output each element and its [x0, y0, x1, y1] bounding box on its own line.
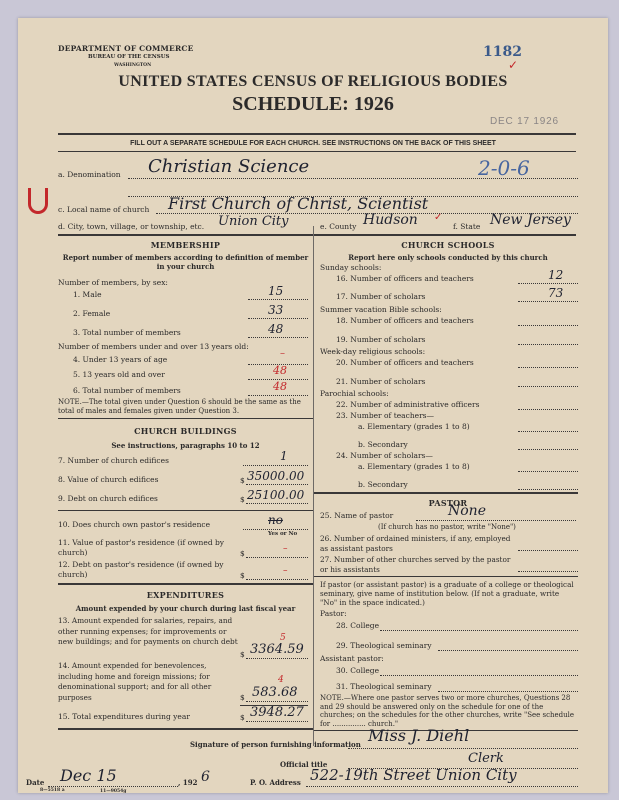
pastor-note: NOTE.—Where one pastor serves two or mor…: [320, 694, 578, 728]
divider: [58, 418, 313, 419]
admin-officers-label: 22. Number of administrative officers: [336, 400, 479, 409]
answer-line: [246, 701, 308, 702]
answer-line: [48, 786, 178, 787]
answer-line: [248, 395, 308, 396]
total-expenditures-field[interactable]: 3948.27: [250, 705, 304, 720]
pastor-subsection-label: Pastor:: [320, 609, 347, 618]
year-prefix: , 192: [178, 778, 198, 787]
denomination-code: 2-0-6: [478, 156, 530, 180]
scholars-elementary-label: a. Elementary (grades 1 to 8): [358, 462, 470, 471]
bureau-label: BUREAU OF THE CENSUS: [88, 54, 170, 60]
summer-schools-label: Summer vacation Bible schools:: [320, 305, 442, 314]
divider: [58, 728, 313, 730]
divider: [58, 133, 576, 135]
total-members-age-field[interactable]: 48: [273, 380, 287, 393]
state-field[interactable]: New Jersey: [490, 212, 571, 228]
sunday-teachers-label: 16. Number of officers and teachers: [336, 274, 474, 283]
sunday-teachers-field[interactable]: 12: [548, 268, 563, 282]
weekday-schools-label: Week-day religious schools:: [320, 347, 425, 356]
answer-line: [518, 550, 578, 551]
answer-line: [348, 748, 578, 749]
answer-line: [243, 529, 308, 530]
benevolences-label: 14. Amount expended for benevolences, in…: [58, 661, 238, 703]
schedule-title: SCHEDULE: 1926: [18, 93, 608, 116]
divider: [58, 234, 576, 236]
red-u-mark-icon: [28, 188, 48, 214]
denomination-field[interactable]: Christian Science: [148, 156, 309, 177]
dollar-sign: $: [240, 693, 245, 702]
answer-line: [518, 283, 578, 284]
female-label: 2. Female: [73, 309, 110, 318]
answer-line: [248, 299, 308, 300]
weekday-scholars-label: 21. Number of scholars: [336, 377, 425, 386]
pastor-college-label: 28. College: [336, 621, 379, 630]
membership-heading: MEMBERSHIP: [58, 240, 313, 250]
pastor-name-label: 25. Name of pastor: [320, 511, 393, 520]
city-field[interactable]: Union City: [218, 214, 289, 229]
date-label: Date: [26, 778, 44, 787]
parochial-schools-label: Parochial schools:: [320, 389, 389, 398]
buildings-subheading: See instructions, paragraphs 10 to 12: [58, 441, 313, 450]
weekday-teachers-label: 20. Number of officers and teachers: [336, 358, 474, 367]
benevolences-field[interactable]: 583.68: [252, 685, 298, 700]
expenditures-subheading: Amount expended by your church during la…: [58, 604, 313, 613]
total-members-field[interactable]: 48: [268, 322, 283, 336]
total-members-age-label: 6. Total number of members: [73, 386, 181, 395]
year-field[interactable]: 6: [201, 769, 210, 785]
running-expenses-correction: 5: [280, 633, 286, 643]
address-label: P. O. Address: [250, 778, 301, 787]
answer-line: [518, 367, 578, 368]
answer-line: [518, 489, 578, 490]
edifices-debt-label: 9. Debt on church edifices: [58, 494, 158, 503]
date-field[interactable]: Dec 15: [60, 766, 117, 785]
expenditures-heading: EXPENDITURES: [58, 590, 313, 600]
residence-value-field[interactable]: –: [283, 544, 288, 554]
members-by-age-label: Number of members under and over 13 year…: [58, 342, 249, 351]
over-13-label: 5. 13 years old and over: [73, 370, 165, 379]
summer-teachers-label: 18. Number of officers and teachers: [336, 316, 474, 325]
answer-line: [246, 658, 308, 659]
residence-value-label: 11. Value of pastor's residence (if owne…: [58, 538, 248, 558]
under-13-label: 4. Under 13 years of age: [73, 355, 167, 364]
answer-line: [518, 344, 578, 345]
local-name-label: c. Local name of church: [58, 205, 149, 214]
members-by-sex-label: Number of members, by sex:: [58, 278, 168, 287]
female-count-field[interactable]: 33: [268, 303, 283, 317]
divider: [314, 576, 578, 577]
owns-residence-label: 10. Does church own pastor's residence: [58, 520, 210, 529]
scholars-label: 24. Number of scholars—: [336, 451, 433, 460]
answer-line: [246, 503, 308, 504]
under-13-field[interactable]: –: [280, 348, 285, 359]
over-13-field[interactable]: 48: [273, 364, 287, 377]
scholars-secondary-label: b. Secondary: [358, 480, 408, 489]
edifices-count-label: 7. Number of church edifices: [58, 456, 169, 465]
residence-debt-label: 12. Debt on pastor's residence (if owned…: [58, 560, 248, 580]
signature-field[interactable]: Miss J. Diehl: [368, 726, 469, 745]
received-date-stamp: DEC 17 1926: [490, 116, 559, 127]
local-name-field[interactable]: First Church of Christ, Scientist: [168, 194, 428, 213]
buildings-heading: CHURCH BUILDINGS: [58, 426, 313, 436]
teachers-elementary-label: a. Elementary (grades 1 to 8): [358, 422, 470, 431]
total-members-label: 3. Total number of members: [73, 328, 181, 337]
assistant-subsection-label: Assistant pastor:: [320, 654, 384, 663]
answer-line: [518, 301, 578, 302]
assistant-seminary-label: 31. Theological seminary: [336, 682, 432, 691]
membership-note: NOTE.—The total given under Question 6 s…: [58, 398, 313, 416]
form-code: 11—9054g: [100, 789, 126, 794]
edifices-count-field[interactable]: 1: [280, 449, 288, 463]
county-field[interactable]: Hudson: [363, 212, 418, 228]
pastor-name-field[interactable]: None: [448, 503, 486, 519]
pastor-college-field[interactable]: [380, 630, 578, 631]
answer-line: [246, 579, 308, 580]
pastor-name-hint: (If church has no pastor, write "None"): [378, 523, 516, 531]
assistant-ministers-label: 26. Number of ordained ministers, if any…: [320, 534, 515, 553]
signature-label: Signature of person furnishing informati…: [190, 740, 361, 749]
census-schedule-sheet: DEPARTMENT OF COMMERCE BUREAU OF THE CEN…: [18, 18, 608, 793]
pastor-seminary-label: 29. Theological seminary: [336, 641, 432, 650]
benevolences-correction: 4: [278, 675, 284, 685]
residence-debt-field[interactable]: –: [283, 566, 288, 576]
assistant-college-label: 30. College: [336, 666, 379, 675]
red-check-icon: ✓: [434, 212, 442, 223]
official-title-field[interactable]: Clerk: [468, 751, 504, 766]
other-churches-label: 27. Number of other churches served by t…: [320, 555, 515, 574]
address-field[interactable]: 522-19th Street Union City: [310, 766, 517, 784]
answer-line: [518, 325, 578, 326]
graduate-instruction: If pastor (or assistant pastor) is a gra…: [320, 580, 578, 607]
sunday-scholars-label: 17. Number of scholars: [336, 292, 425, 301]
answer-line: [246, 484, 308, 485]
city-label: WASHINGTON: [114, 63, 151, 68]
edifices-debt-field[interactable]: 25100.00: [247, 488, 304, 502]
dollar-sign: $: [240, 571, 245, 580]
answer-line: [246, 557, 308, 558]
answer-line: [518, 571, 578, 572]
dollar-sign: $: [240, 476, 245, 485]
answer-line: [518, 386, 578, 387]
divider: [58, 510, 313, 511]
teachers-secondary-label: b. Secondary: [358, 440, 408, 449]
sunday-schools-label: Sunday schools:: [320, 263, 381, 272]
answer-line: [306, 786, 578, 787]
schools-subheading: Report here only schools conducted by th…: [318, 253, 578, 262]
assistant-seminary-field[interactable]: [438, 691, 578, 692]
teachers-label: 23. Number of teachers—: [336, 411, 434, 420]
answer-line: [246, 721, 308, 722]
denomination-label: a. Denomination: [58, 170, 121, 179]
form-code: 8—5518 a: [40, 788, 65, 793]
running-expenses-label: 13. Amount expended for salaries, repair…: [58, 616, 238, 648]
answer-line: [416, 520, 576, 521]
total-expenditures-label: 15. Total expenditures during year: [58, 712, 190, 721]
yes-no-hint: Yes or No: [268, 531, 297, 537]
dollar-sign: $: [240, 713, 245, 722]
dollar-sign: $: [240, 549, 245, 558]
running-expenses-field[interactable]: 3364.59: [250, 642, 304, 657]
owns-residence-field[interactable]: no: [268, 513, 283, 527]
pastor-seminary-field[interactable]: [438, 650, 578, 651]
answer-line: [248, 337, 308, 338]
answer-line: [518, 409, 578, 410]
summer-scholars-label: 19. Number of scholars: [336, 335, 425, 344]
divider: [58, 583, 313, 585]
edifices-value-field[interactable]: 35000.00: [247, 469, 304, 483]
city-field-label: d. City, town, village, or township, etc…: [58, 222, 204, 231]
answer-line: [248, 318, 308, 319]
answer-line: [518, 471, 578, 472]
dollar-sign: $: [240, 495, 245, 504]
department-label: DEPARTMENT OF COMMERCE: [58, 44, 194, 53]
sunday-scholars-field[interactable]: 73: [548, 286, 563, 300]
divider: [314, 492, 578, 494]
answer-line: [243, 465, 308, 466]
instruction-banner: FILL OUT A SEPARATE SCHEDULE FOR EACH CH…: [18, 140, 608, 147]
state-label: f. State: [453, 222, 480, 231]
red-check-icon: ✓: [508, 58, 518, 72]
county-label: e. County: [320, 222, 356, 231]
dollar-sign: $: [240, 650, 245, 659]
membership-subheading: Report number of members according to de…: [58, 253, 313, 271]
answer-line: [518, 449, 578, 450]
male-count-field[interactable]: 15: [268, 284, 283, 298]
column-divider: [313, 226, 314, 746]
assistant-college-field[interactable]: [380, 675, 578, 676]
divider: [58, 151, 576, 152]
edifices-value-label: 8. Value of church edifices: [58, 475, 158, 484]
answer-line: [518, 431, 578, 432]
schools-heading: CHURCH SCHOOLS: [318, 240, 578, 250]
page-title: UNITED STATES CENSUS OF RELIGIOUS BODIES: [18, 73, 608, 91]
male-label: 1. Male: [73, 290, 102, 299]
